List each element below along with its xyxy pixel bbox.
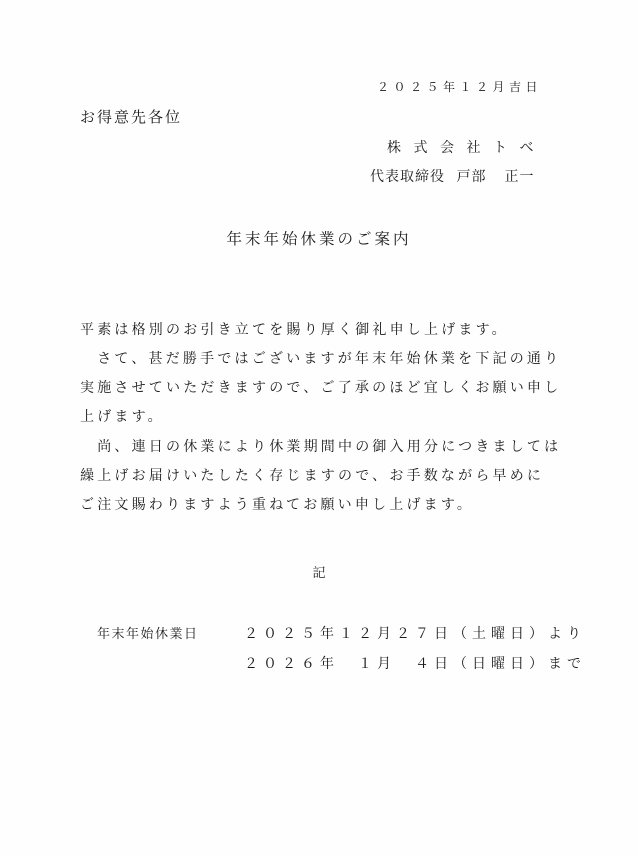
document-title: 年末年始休業のご案内 — [0, 230, 638, 248]
ki-heading: 記 — [0, 565, 638, 583]
issue-date: ２０２５年１２月吉日 — [377, 78, 542, 96]
holiday-label: 年末年始休業日 — [97, 626, 199, 644]
body-line-1: 平素は格別のお引き立てを賜り厚く御礼申し上げます。 — [80, 321, 509, 339]
body-line-3: 実施させていただきますので、ご了承のほど宜しくお願い申し — [80, 379, 561, 397]
body-line-5: 尚、連日の休業により休業期間中の御入用分につきましては — [80, 438, 561, 456]
sender-given-name: 正一 — [504, 169, 534, 185]
body-line-4: 上げます。 — [80, 408, 165, 426]
sender-name: 戸部正一 — [456, 169, 534, 185]
sender-representative: 代表取締役 戸部正一 — [370, 168, 534, 186]
body-line-7: ご注文賜わりますよう重ねてお願い申し上げます。 — [80, 496, 474, 514]
sender-family-name: 戸部 — [456, 169, 486, 185]
holiday-end: ２０２６年 １月 ４日（日曜日）まで — [244, 655, 586, 673]
body-line-6: 繰上げお届けいたしたく存じますので、お手数ながら早めに — [80, 467, 544, 485]
addressee: お得意先各位 — [80, 108, 182, 126]
letter-page: ２０２５年１２月吉日 お得意先各位 株式会社トベ 代表取締役 戸部正一 年末年始… — [0, 0, 638, 857]
sender-company: 株式会社トベ — [387, 139, 546, 157]
body-line-2: さて、甚だ勝手ではございますが年末年始休業を下記の通り — [80, 350, 561, 368]
sender-title: 代表取締役 — [370, 169, 445, 185]
holiday-start: ２０２５年１２月２７日（土曜日）より — [244, 625, 586, 643]
